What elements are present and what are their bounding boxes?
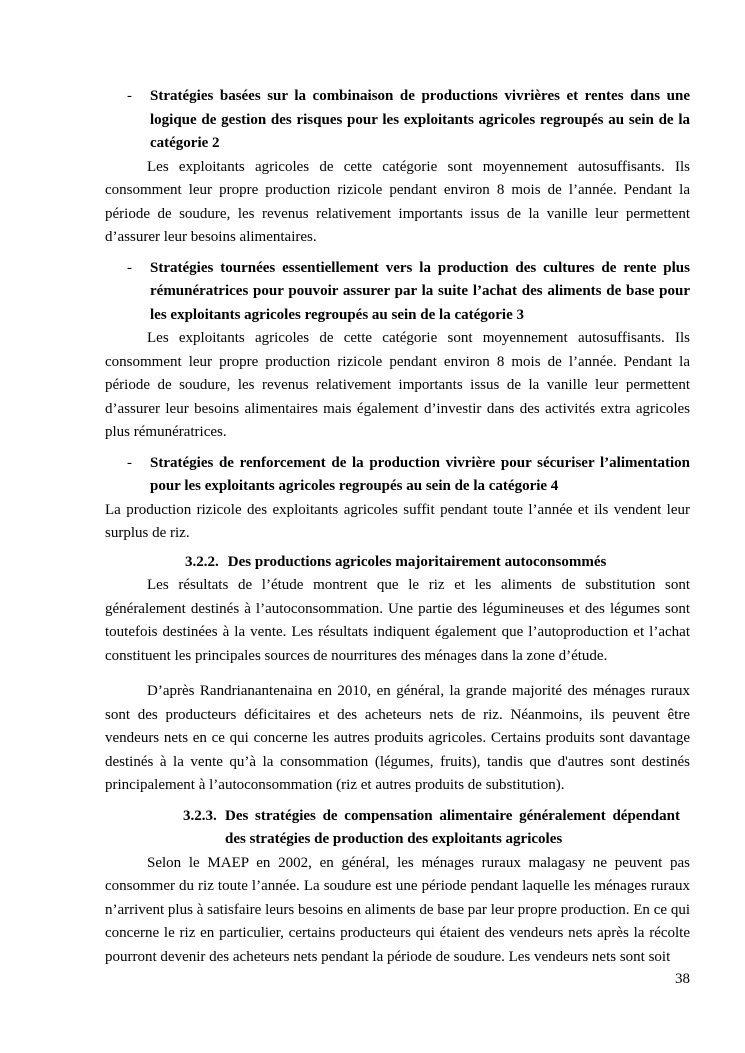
bullet-text: Stratégies tournées essentiellement vers… [150,257,690,328]
bullet-text: Stratégies basées sur la combinaison de … [150,85,690,156]
paragraph-category-2: Les exploitants agricoles de cette catég… [105,156,690,250]
bullet-dash: - [127,85,150,156]
page-content: - Stratégies basées sur la combinaison d… [105,85,690,969]
paragraph-maep: Selon le MAEP en 2002, en général, les m… [105,852,690,970]
heading-number: 3.2.2. [185,551,219,575]
section-heading-3-2-3: 3.2.3. Des stratégies de compensation al… [183,805,680,852]
bullet-dash: - [127,257,150,328]
page-number: 38 [675,968,690,992]
paragraph-autoconsommation: Les résultats de l’étude montrent que le… [105,574,690,668]
paragraph-category-3: Les exploitants agricoles de cette catég… [105,327,690,445]
heading-number: 3.2.3. [183,805,225,852]
bullet-item-category-3: - Stratégies tournées essentiellement ve… [105,257,690,328]
heading-title: Des productions agricoles majoritairemen… [228,551,607,575]
bullet-text: Stratégies de renforcement de la product… [150,452,690,499]
section-heading-3-2-2: 3.2.2. Des productions agricoles majorit… [185,551,690,575]
paragraph-category-4: La production rizicole des exploitants a… [105,499,690,546]
bullet-item-category-2: - Stratégies basées sur la combinaison d… [105,85,690,156]
bullet-dash: - [127,452,150,499]
heading-title: Des stratégies de compensation alimentai… [225,805,680,852]
paragraph-randrianantenaina: D’après Randrianantenaina en 2010, en gé… [105,680,690,798]
document-page: - Stratégies basées sur la combinaison d… [0,0,745,1053]
bullet-item-category-4: - Stratégies de renforcement de la produ… [105,452,690,499]
